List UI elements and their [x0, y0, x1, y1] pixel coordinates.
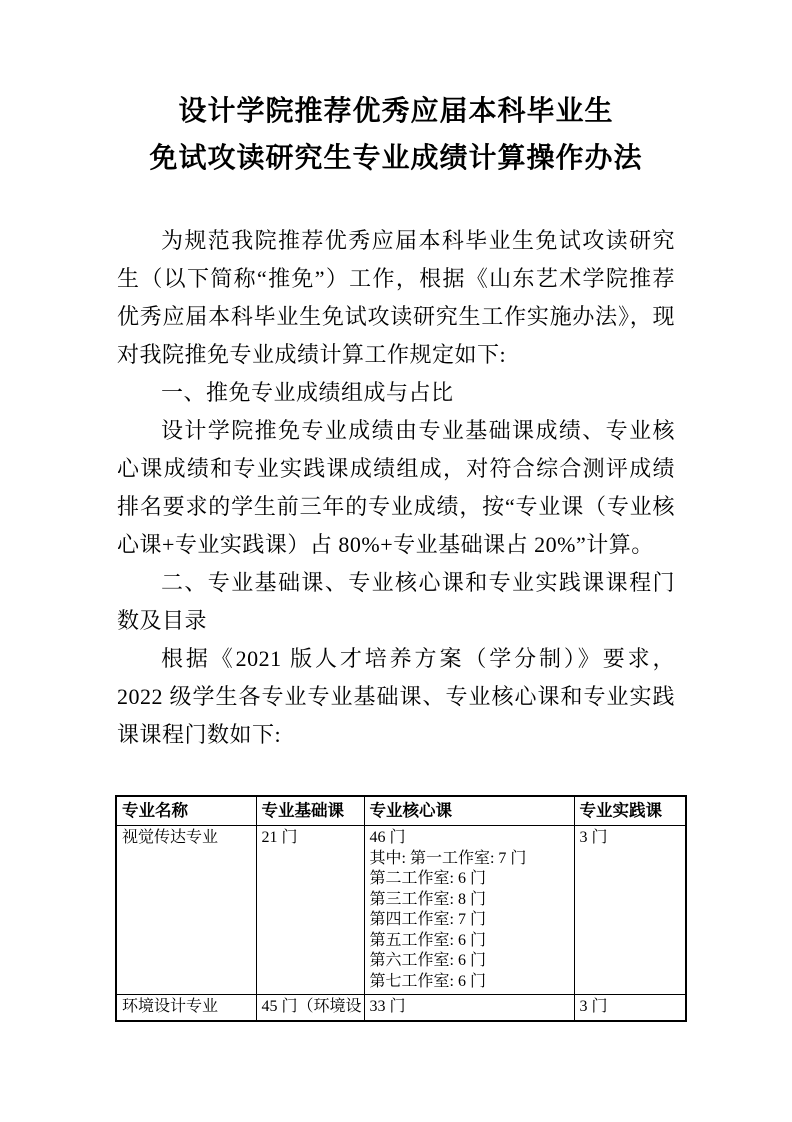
table-row-1: 视觉传达专业21 门46 门其中: 第一工作室: 7 门第二工作室: 6 门第三… [116, 826, 686, 995]
paragraph-4: 二、专业基础课、专业核心课和专业实践课课程门数及目录 [117, 564, 675, 640]
title-line-1: 设计学院推荐优秀应届本科毕业生 [178, 96, 613, 127]
paragraph-5: 根据《2021 版人才培养方案（学分制）》要求，2022 级学生各专业专业基础课… [117, 640, 675, 754]
cell-line: 46 门 [370, 828, 569, 849]
paragraph-3: 设计学院推免专业成绩由专业基础课成绩、专业核心课成绩和专业实践课成绩组成，对符合… [117, 412, 675, 564]
table-header-cell-2: 专业基础课 [256, 796, 364, 826]
cell-line: 第四工作室: 7 门 [370, 910, 569, 931]
courses-table-wrap: 专业名称专业基础课专业核心课专业实践课 视觉传达专业21 门46 门其中: 第一… [115, 795, 685, 1022]
table-header-cell-1: 专业名称 [116, 796, 256, 826]
document-page: 设计学院推荐优秀应届本科毕业生 免试攻读研究生专业成绩计算操作办法 为规范我院推… [0, 0, 792, 1122]
courses-table-header: 专业名称专业基础课专业核心课专业实践课 [116, 796, 686, 826]
table-cell-r2-c2: 45 门（环境设 [256, 995, 364, 1022]
table-cell-r1-c2: 21 门 [256, 826, 364, 995]
paragraph-1: 为规范我院推荐优秀应届本科毕业生免试攻读研究生（以下简称“推免”）工作，根据《山… [117, 222, 675, 374]
title-line-2: 免试攻读研究生专业成绩计算操作办法 [149, 143, 642, 174]
table-cell-r1-c3: 46 门其中: 第一工作室: 7 门第二工作室: 6 门第三工作室: 8 门第四… [364, 826, 574, 995]
cell-line: 第三工作室: 8 门 [370, 890, 569, 911]
cell-line: 第五工作室: 6 门 [370, 931, 569, 952]
paragraph-2: 一、推免专业成绩组成与占比 [117, 374, 675, 412]
table-cell-r2-c1: 环境设计专业 [116, 995, 256, 1022]
table-header-cell-3: 专业核心课 [364, 796, 574, 826]
table-header-row: 专业名称专业基础课专业核心课专业实践课 [116, 796, 686, 826]
document-body: 为规范我院推荐优秀应届本科毕业生免试攻读研究生（以下简称“推免”）工作，根据《山… [117, 222, 675, 754]
table-cell-r2-c3: 33 门 [364, 995, 574, 1022]
cell-line: 第六工作室: 6 门 [370, 951, 569, 972]
table-cell-r1-c4: 3 门 [574, 826, 686, 995]
table-cell-r2-c4: 3 门 [574, 995, 686, 1022]
courses-table-body: 视觉传达专业21 门46 门其中: 第一工作室: 7 门第二工作室: 6 门第三… [116, 826, 686, 1022]
courses-table: 专业名称专业基础课专业核心课专业实践课 视觉传达专业21 门46 门其中: 第一… [115, 795, 687, 1022]
table-row-2: 环境设计专业45 门（环境设33 门3 门 [116, 995, 686, 1022]
table-cell-r1-c1: 视觉传达专业 [116, 826, 256, 995]
cell-line: 其中: 第一工作室: 7 门 [370, 849, 569, 870]
cell-line: 第二工作室: 6 门 [370, 869, 569, 890]
cell-line: 第七工作室: 6 门 [370, 972, 569, 993]
document-title: 设计学院推荐优秀应届本科毕业生 免试攻读研究生专业成绩计算操作办法 [0, 88, 792, 182]
table-header-cell-4: 专业实践课 [574, 796, 686, 826]
